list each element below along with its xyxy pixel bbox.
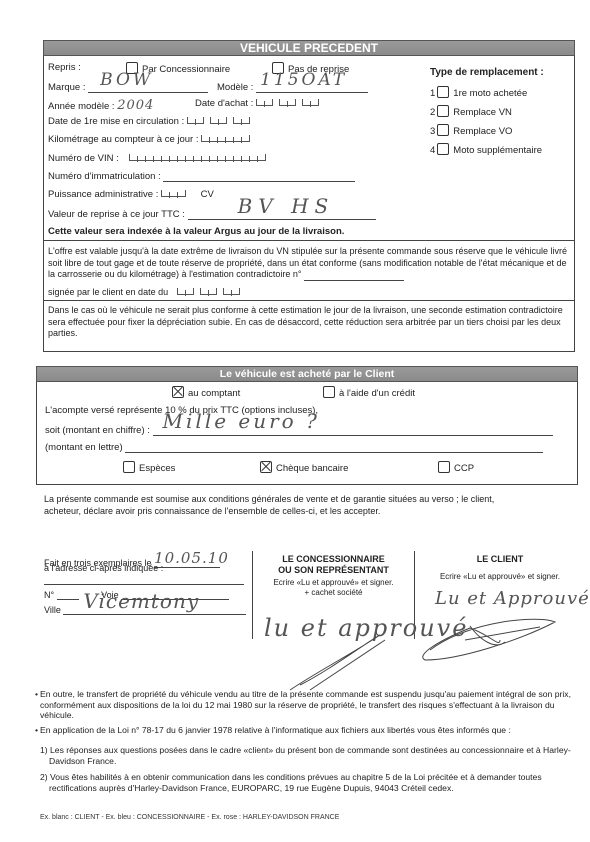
legal-item-1: 1) Les réponses aux questions posées dan…	[40, 745, 589, 766]
legal-item-2: 2) Vous êtes habilités à en obtenir comm…	[40, 772, 589, 793]
client-signature-icon	[423, 619, 555, 660]
legal-bullet-1: •En outre, le transfert de propriété du …	[40, 689, 580, 721]
legal-bullet-2: •En application de la Loi n° 78-17 du 6 …	[40, 725, 580, 736]
concessionnaire-signature-icon	[290, 635, 385, 690]
footer-copies: Ex. blanc : CLIENT - Ex. bleu : CONCESSI…	[40, 814, 339, 821]
